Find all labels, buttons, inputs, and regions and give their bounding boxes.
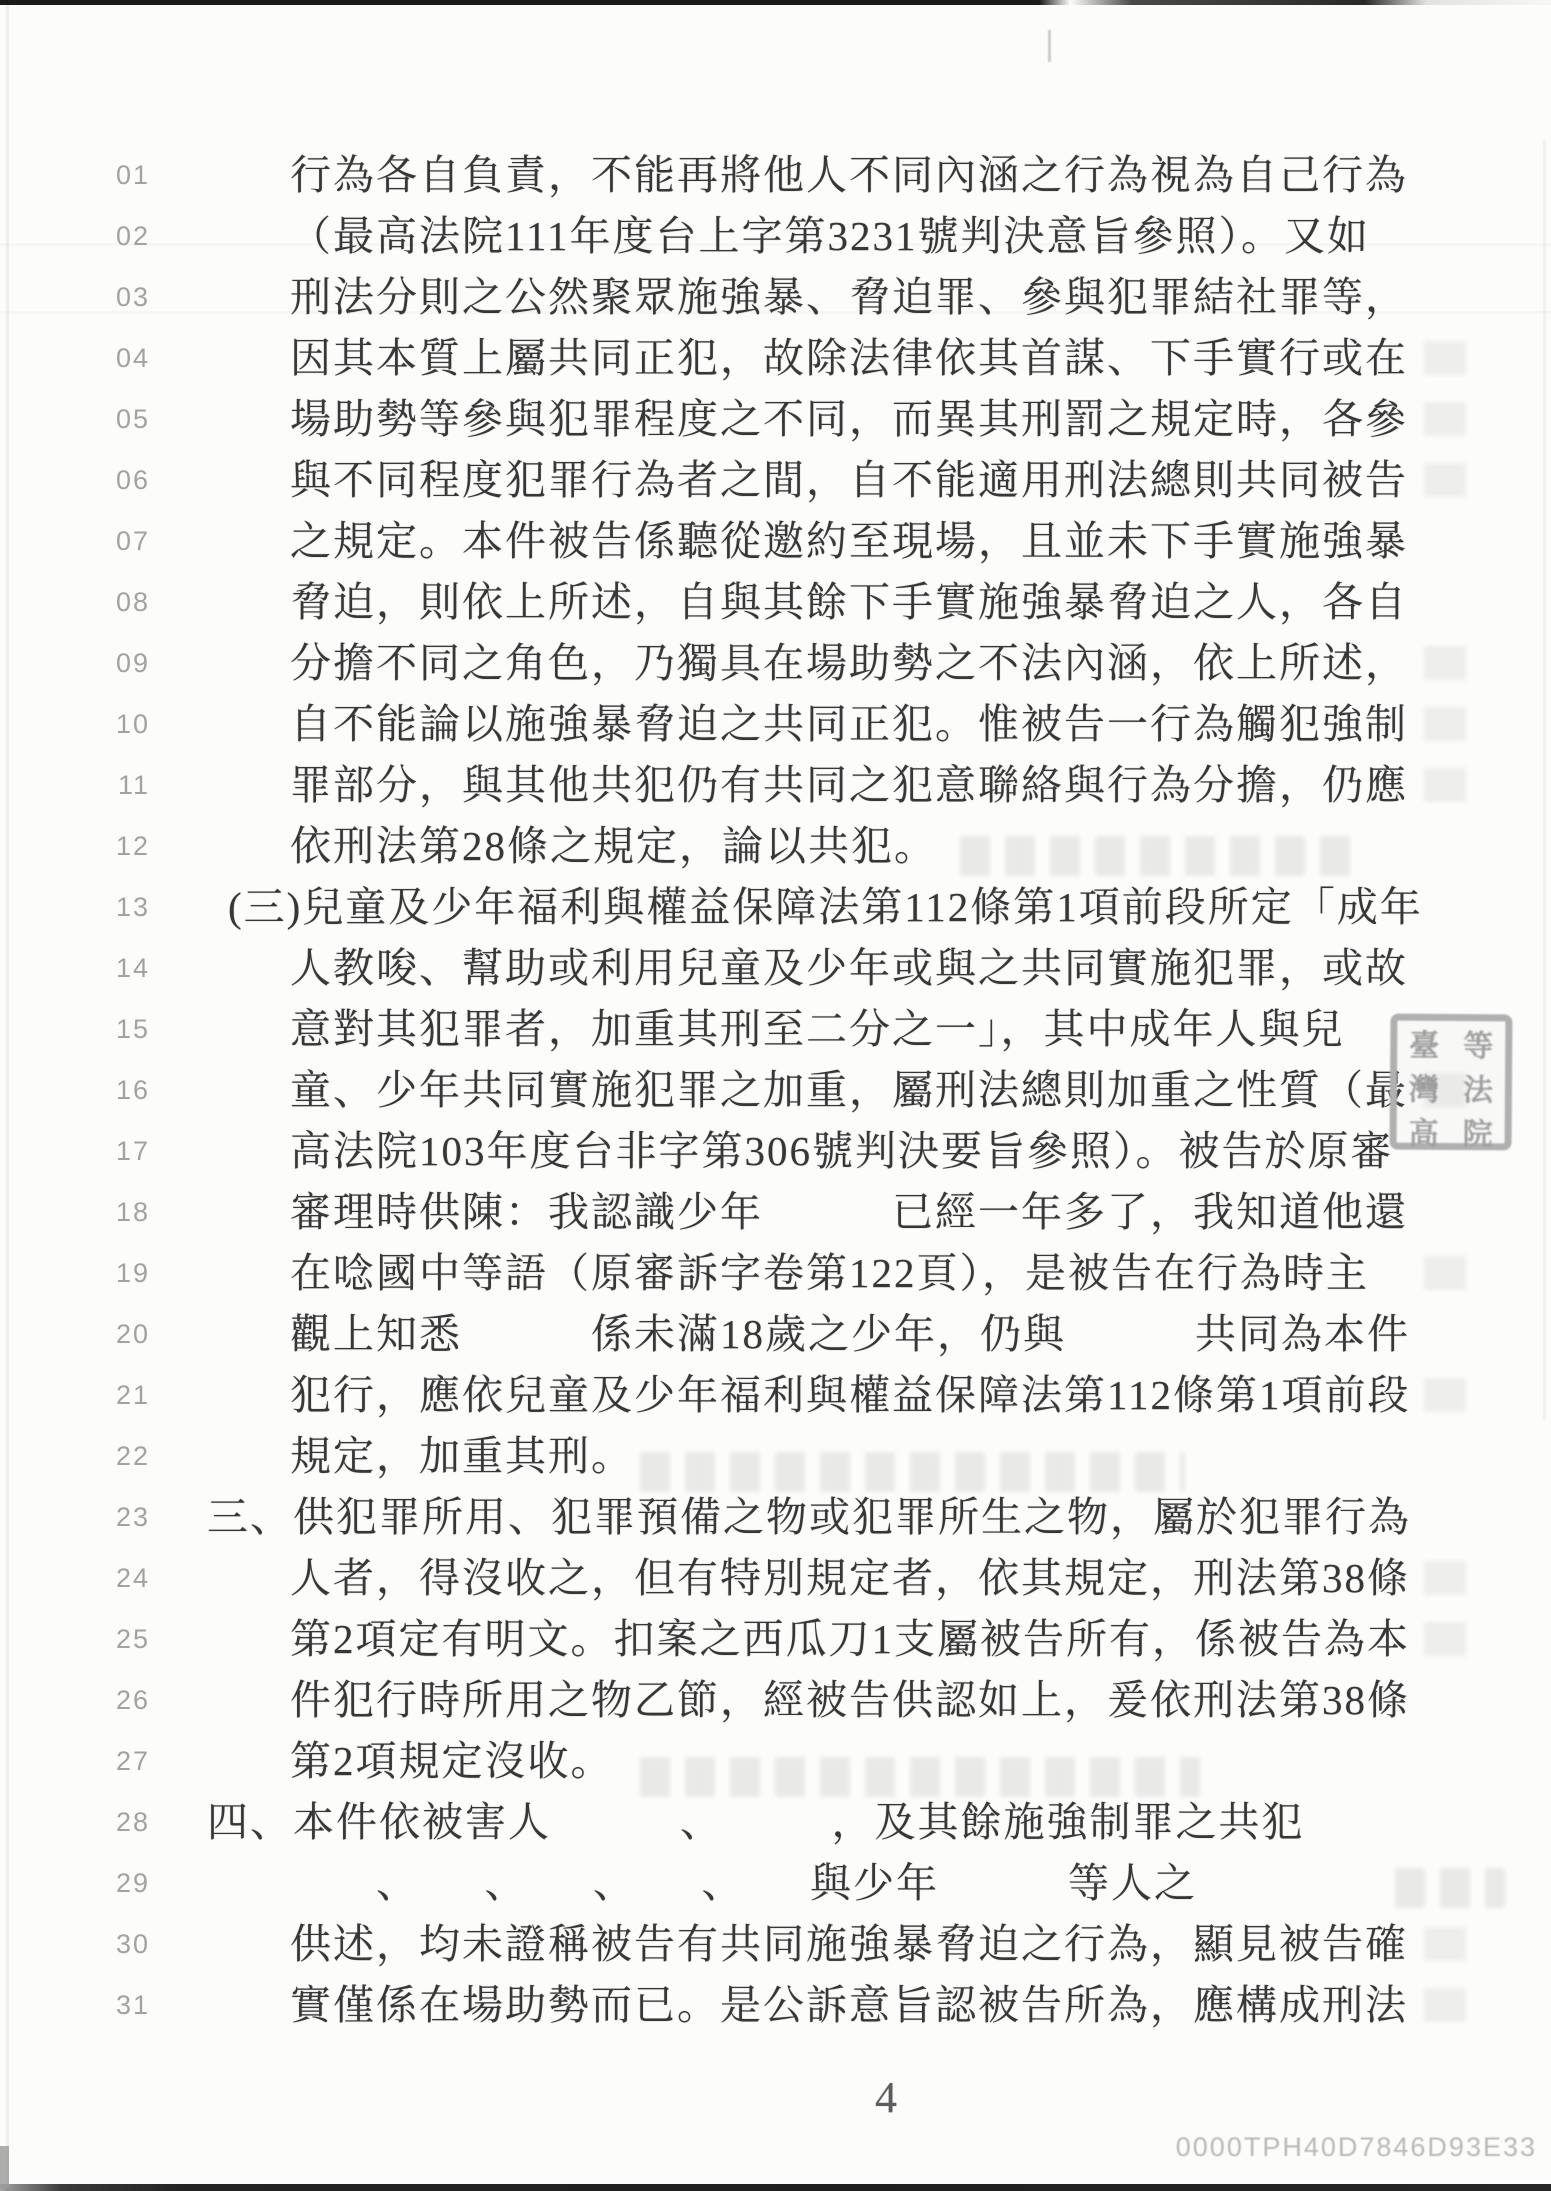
text-line: 23三、供犯罪所用、犯罪預備之物或犯罪所生之物，屬於犯罪行為 [0, 1488, 1551, 1549]
bleed-through-mark [640, 1757, 1200, 1797]
seal-character: 法 [1463, 1065, 1493, 1109]
text-line: 21犯行，應依兒童及少年福利與權益保障法第112條第1項前段 [0, 1366, 1551, 1427]
line-number: 22 [88, 1427, 150, 1485]
line-text: 第2項定有明文。扣案之西瓜刀1支屬被告所有，係被告為本 [290, 1610, 1410, 1668]
text-line: 08脅迫，則依上所述，自與其餘下手實施強暴脅迫之人，各自 [0, 573, 1551, 634]
line-number: 15 [88, 1000, 150, 1058]
line-text: 、 、 、 、 與少年 等人之 [290, 1854, 1197, 1912]
bleed-through-mark [1424, 1622, 1466, 1656]
line-number: 13 [88, 878, 150, 936]
bleed-through-mark [1424, 707, 1466, 741]
line-text: 規定，加重其刑。 [290, 1427, 634, 1485]
text-line: 17高法院103年度台非字第306號判決要旨參照）。被告於原審 [0, 1122, 1551, 1183]
line-number: 17 [88, 1122, 150, 1180]
line-text: 第2項規定沒收。 [290, 1732, 614, 1790]
text-line: 05場助勢等參與犯罪程度之不同，而異其刑罰之規定時，各參 [0, 390, 1551, 451]
line-number: 23 [88, 1488, 150, 1546]
text-line: 18審理時供陳：我認識少年 已經一年多了，我知道他還 [0, 1183, 1551, 1244]
line-number: 03 [88, 268, 150, 326]
text-line: 28四、本件依被害人 、 ，及其餘施強制罪之共犯 [0, 1793, 1551, 1854]
line-text: 人者，得沒收之，但有特別規定者，依其規定，刑法第38條 [290, 1549, 1410, 1607]
line-text: 審理時供陳：我認識少年 已經一年多了，我知道他還 [290, 1183, 1408, 1241]
line-number: 28 [88, 1793, 150, 1851]
bleed-through-mark [960, 836, 1360, 876]
text-line: 02（最高法院111年度台上字第3231號判決意旨參照）。又如 [0, 207, 1551, 268]
text-line: 06與不同程度犯罪行為者之間，自不能適用刑法總則共同被告 [0, 451, 1551, 512]
scan-edge-top [0, 0, 1551, 5]
text-line: 13(三)兒童及少年福利與權益保障法第112條第1項前段所定「成年 [0, 878, 1551, 939]
bleed-through-mark [640, 1452, 1185, 1492]
text-line: 25第2項定有明文。扣案之西瓜刀1支屬被告所有，係被告為本 [0, 1610, 1551, 1671]
line-text: 件犯行時所用之物乙節，經被告供認如上，爰依刑法第38條 [290, 1671, 1410, 1729]
line-number: 08 [88, 573, 150, 631]
line-number: 14 [88, 939, 150, 997]
line-text: 供述，均未證稱被告有共同施強暴脅迫之行為，顯見被告確 [290, 1915, 1408, 1973]
line-text: 四、本件依被害人 、 ，及其餘施強制罪之共犯 [207, 1793, 1305, 1851]
line-number: 11 [88, 756, 150, 814]
seal-character: 高 [1409, 1109, 1439, 1153]
line-text: 脅迫，則依上所述，自與其餘下手實施強暴脅迫之人，各自 [290, 573, 1408, 631]
scan-corner-artifact [0, 2146, 9, 2188]
line-text: 實僅係在場助勢而已。是公訴意旨認被告所為，應構成刑法 [290, 1976, 1408, 2034]
line-number: 01 [88, 146, 150, 204]
line-number: 16 [88, 1061, 150, 1119]
line-text: 觀上知悉 係未滿18歲之少年，仍與 共同為本件 [290, 1305, 1410, 1363]
line-text: 三、供犯罪所用、犯罪預備之物或犯罪所生之物，屬於犯罪行為 [207, 1488, 1411, 1546]
line-text: 在唸國中等語（原審訴字卷第122頁），是被告在行為時主 [290, 1244, 1369, 1302]
text-line: 10自不能論以施強暴脅迫之共同正犯。惟被告一行為觸犯強制 [0, 695, 1551, 756]
text-line: 30供述，均未證稱被告有共同施強暴脅迫之行為，顯見被告確 [0, 1915, 1551, 1976]
line-text: 童、少年共同實施犯罪之加重，屬刑法總則加重之性質（最 [290, 1061, 1408, 1119]
line-text: 依刑法第28條之規定，論以共犯。 [290, 817, 937, 875]
text-line: 24人者，得沒收之，但有特別規定者，依其規定，刑法第38條 [0, 1549, 1551, 1610]
bleed-through-mark [1424, 1073, 1466, 1107]
line-text: 場助勢等參與犯罪程度之不同，而異其刑罰之規定時，各參 [290, 390, 1408, 448]
bleed-through-mark [1424, 646, 1466, 680]
line-number: 26 [88, 1671, 150, 1729]
text-line: 01行為各自負責，不能再將他人不同內涵之行為視為自己行為 [0, 146, 1551, 207]
text-line: 19在唸國中等語（原審訴字卷第122頁），是被告在行為時主 [0, 1244, 1551, 1305]
line-number: 09 [88, 634, 150, 692]
line-number: 30 [88, 1915, 150, 1973]
line-number: 24 [88, 1549, 150, 1607]
text-line: 04因其本質上屬共同正犯，故除法律依其首謀、下手實行或在 [0, 329, 1551, 390]
line-text: 刑法分則之公然聚眾施強暴、脅迫罪、參與犯罪結社罪等， [290, 268, 1408, 326]
text-line: 31實僅係在場助勢而已。是公訴意旨認被告所為，應構成刑法 [0, 1976, 1551, 2037]
text-line: 29 、 、 、 、 與少年 等人之 [0, 1854, 1551, 1915]
bleed-through-mark [1395, 1868, 1505, 1908]
text-line: 26件犯行時所用之物乙節，經被告供認如上，爰依刑法第38條 [0, 1671, 1551, 1732]
bleed-through-mark [1424, 768, 1466, 802]
bleed-through-mark [1424, 341, 1466, 375]
seal-character: 等 [1463, 1021, 1493, 1065]
bleed-through-mark [1424, 1378, 1466, 1412]
text-line: 07之規定。本件被告係聽從邀約至現場，且並未下手實施強暴 [0, 512, 1551, 573]
scan-tick-artifact [1048, 30, 1051, 62]
line-number: 10 [88, 695, 150, 753]
document-code: 0000TPH40D7846D93E33 [1176, 2132, 1537, 2163]
line-number: 25 [88, 1610, 150, 1668]
seal-character: 院 [1463, 1109, 1493, 1153]
text-line: 15意對其犯罪者，加重其刑至二分之一」，其中成年人與兒 [0, 1000, 1551, 1061]
line-number: 06 [88, 451, 150, 509]
line-text: （最高法院111年度台上字第3231號判決意旨參照）。又如 [290, 207, 1370, 265]
bleed-through-mark [1424, 1561, 1466, 1595]
line-text: 因其本質上屬共同正犯，故除法律依其首謀、下手實行或在 [290, 329, 1408, 387]
text-line: 20觀上知悉 係未滿18歲之少年，仍與 共同為本件 [0, 1305, 1551, 1366]
line-text: 犯行，應依兒童及少年福利與權益保障法第112條第1項前段 [290, 1366, 1410, 1424]
line-text: 行為各自負責，不能再將他人不同內涵之行為視為自己行為 [290, 146, 1408, 204]
line-number: 29 [88, 1854, 150, 1912]
bleed-through-mark [1424, 1988, 1466, 2022]
line-number: 21 [88, 1366, 150, 1424]
text-line: 03刑法分則之公然聚眾施強暴、脅迫罪、參與犯罪結社罪等， [0, 268, 1551, 329]
line-text: (三)兒童及少年福利與權益保障法第112條第1項前段所定「成年 [228, 878, 1423, 936]
page-number: 4 [856, 2072, 916, 2123]
line-number: 02 [88, 207, 150, 265]
line-text: 分擔不同之角色，乃獨具在場助勢之不法內涵，依上所述， [290, 634, 1408, 692]
text-line: 09分擔不同之角色，乃獨具在場助勢之不法內涵，依上所述， [0, 634, 1551, 695]
line-number: 07 [88, 512, 150, 570]
text-line: 16童、少年共同實施犯罪之加重，屬刑法總則加重之性質（最 [0, 1061, 1551, 1122]
scan-edge-bottom [0, 2184, 1551, 2191]
bleed-through-mark [1424, 1927, 1466, 1961]
line-number: 31 [88, 1976, 150, 2034]
text-line: 11罪部分，與其他共犯仍有共同之犯意聯絡與行為分擔，仍應 [0, 756, 1551, 817]
line-number: 05 [88, 390, 150, 448]
line-number: 19 [88, 1244, 150, 1302]
line-text: 高法院103年度台非字第306號判決要旨參照）。被告於原審 [290, 1122, 1394, 1180]
line-text: 自不能論以施強暴脅迫之共同正犯。惟被告一行為觸犯強制 [290, 695, 1408, 753]
line-number: 18 [88, 1183, 150, 1241]
line-text: 之規定。本件被告係聽從邀約至現場，且並未下手實施強暴 [290, 512, 1408, 570]
bleed-through-mark [1424, 1256, 1466, 1290]
line-text: 人教唆、幫助或利用兒童及少年或與之共同實施犯罪，或故 [290, 939, 1408, 997]
line-number: 12 [88, 817, 150, 875]
line-number: 04 [88, 329, 150, 387]
line-text: 罪部分，與其他共犯仍有共同之犯意聯絡與行為分擔，仍應 [290, 756, 1408, 814]
line-text: 與不同程度犯罪行為者之間，自不能適用刑法總則共同被告 [290, 451, 1408, 509]
scanned-judgment-page: 01行為各自負責，不能再將他人不同內涵之行為視為自己行為02（最高法院111年度… [0, 0, 1551, 2191]
line-number: 27 [88, 1732, 150, 1790]
bleed-through-mark [1424, 402, 1466, 436]
line-number: 20 [88, 1305, 150, 1363]
bleed-through-mark [1424, 463, 1466, 497]
seal-character: 臺 [1409, 1021, 1439, 1065]
line-text: 意對其犯罪者，加重其刑至二分之一」，其中成年人與兒 [290, 1000, 1345, 1058]
text-line: 14人教唆、幫助或利用兒童及少年或與之共同實施犯罪，或故 [0, 939, 1551, 1000]
